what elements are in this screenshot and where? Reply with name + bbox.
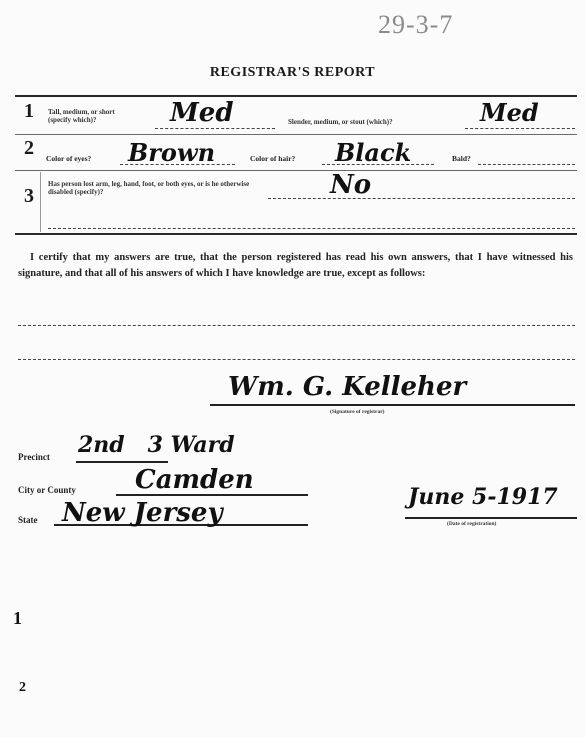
date-line — [405, 517, 577, 519]
registrar-signature: Wm. G. Kelleher — [228, 372, 466, 402]
signature-caption: (Signature of registrar) — [330, 409, 384, 415]
question-3-line-2 — [48, 228, 575, 229]
precinct-label: Precinct — [18, 452, 50, 462]
exception-line-2 — [18, 359, 575, 360]
rule-3 — [15, 233, 577, 235]
document-title: REGISTRAR'S REPORT — [0, 65, 585, 81]
margin-mark-1: 1 — [13, 608, 22, 629]
answer-eye-color: Brown — [128, 138, 215, 167]
registration-date: June 5-1917 — [408, 484, 558, 510]
question-1-label-build: Slender, medium, or stout (which)? — [288, 118, 468, 126]
margin-mark-2: 2 — [19, 680, 26, 696]
question-1-line-build — [465, 128, 575, 129]
question-2-label-eyes: Color of eyes? — [46, 154, 91, 163]
signature-line — [210, 404, 575, 406]
state-label: State — [18, 515, 38, 525]
city-county-label: City or County — [18, 485, 76, 495]
answer-build: Med — [480, 98, 539, 127]
certification-text: I certify that my answers are true, that… — [18, 250, 573, 282]
rule-2 — [15, 170, 577, 171]
question-3-line — [268, 198, 575, 199]
answer-height: Med — [170, 98, 234, 128]
question-2-line-bald — [478, 164, 575, 165]
state-value: New Jersey — [62, 498, 223, 528]
question-3-divider — [40, 172, 41, 232]
serial-number: 29-3-7 — [378, 10, 453, 40]
city-county-value: Camden — [135, 465, 254, 495]
answer-hair-color: Black — [335, 138, 411, 167]
top-rule — [15, 95, 577, 97]
date-caption: (Date of registration) — [447, 521, 496, 527]
precinct-line — [76, 461, 168, 463]
question-2-label-bald: Bald? — [452, 154, 471, 163]
question-2-number: 2 — [24, 137, 34, 160]
precinct-value: 2nd 3 Ward — [78, 432, 235, 458]
answer-disability: No — [330, 170, 371, 200]
question-2-label-hair: Color of hair? — [250, 154, 295, 163]
question-1-line-height — [155, 128, 275, 129]
question-3-label: Has person lost arm, leg, hand, foot, or… — [48, 180, 263, 196]
question-3-number: 3 — [24, 185, 34, 208]
question-1-number: 1 — [24, 100, 34, 123]
exception-line-1 — [18, 325, 575, 326]
rule-1 — [15, 134, 577, 135]
question-1-label-height: Tall, medium, or short (specify which)? — [48, 108, 133, 124]
